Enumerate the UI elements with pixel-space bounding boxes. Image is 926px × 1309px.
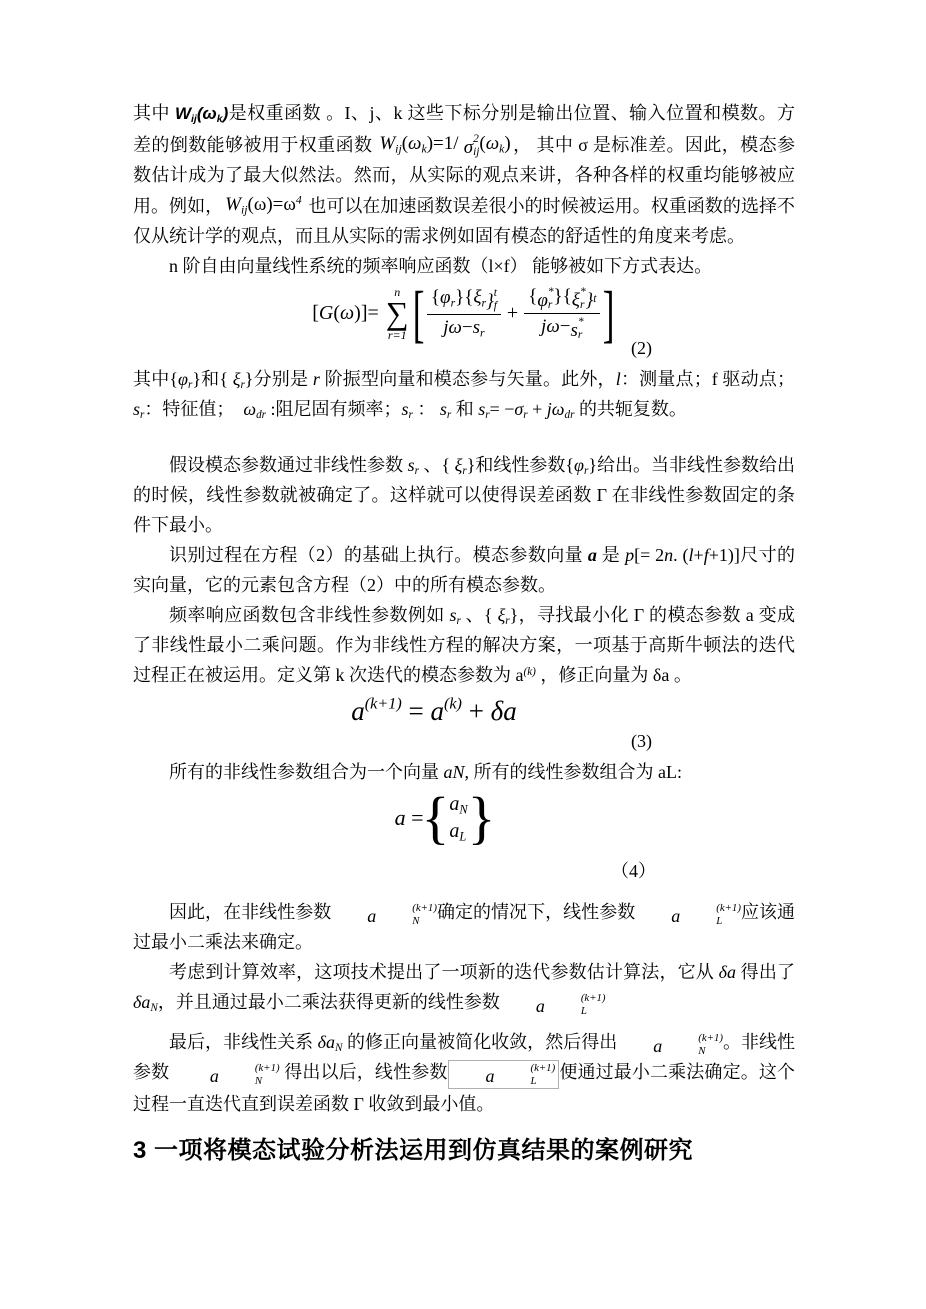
equation-2-lhs: [G(ω)]= [312,302,379,325]
formula-run: φ*r [537,286,553,312]
text-run: 因此，在非线性参数 [169,902,331,922]
text-run: }和线性参数{ [467,455,574,475]
vector-top-entry: aN [449,791,467,818]
formula-superscript: (k+1) [545,992,606,1004]
formula-run: (k) [524,666,536,678]
text-run: ，并且通过最小二乘法获得更新的线性参数 [158,992,500,1012]
formula-subscript: N [662,1045,723,1057]
formula-base: a [331,907,376,925]
formula-run: s*r [570,316,583,342]
text-run: − [462,317,473,338]
equation-2-body: [G(ω)]= n ∑ r=1 [ {φr}{ξr}tf jω−sr + {φ*… [133,285,795,342]
formula-run: jω [547,399,565,419]
text-run: ，修正向量为 δa 。 [536,665,692,685]
text-run: 最后，非线性关系 [169,1032,318,1052]
text-run: }和{ [192,369,232,389]
formula-run: φ [574,455,584,475]
formula-run: s [408,455,415,475]
formula-run: a [395,805,406,830]
text-run: }分别是 [245,369,313,389]
formula-run: s [473,317,480,338]
fraction-2-numerator: {φ*r}{ξ*r}t [524,285,600,314]
equation-4-lhs: a = [395,805,424,831]
formula-scripts: (k+1)L [545,992,606,1017]
formula-run: }tf [486,287,497,313]
text-run: 、{ [461,605,498,625]
text-run: 其中{ [133,369,178,389]
paragraph-convergence: 最后，非线性关系 δaN 的修正向量被简化收敛，然后得出a(k+1)N。非线性参… [133,1027,795,1119]
paragraph-efficiency: 考虑到计算效率，这项技术提出了一项新的迭代参数估计算法，它从 δa 得出了 δa… [133,957,795,1017]
formula-run: σ [514,399,523,419]
formula-run: 4 [296,194,302,207]
formula-subscript: r [578,329,584,342]
fraction-1-denominator: jω−sr [443,315,484,341]
formula-run: Wij(ω)=ω4 [223,194,304,215]
text-run: 阶振型向量和模态参与矢量。此外， [320,369,616,389]
section-heading: 3 一项将模态试验分析法运用到仿真结果的案例研究 [133,1135,795,1167]
paragraph-identification: 识别过程在方程（2）的基础上执行。模态参数向量 a 是 p[= 2n. (l+f… [133,540,795,600]
text-run: 假设模态参数通过非线性参数 [169,455,408,475]
formula-run: a(k+1)N [617,1032,723,1057]
text-run: 是 [597,545,625,565]
formula-superscript: (k+1) [495,1062,556,1074]
formula-base: s [570,321,577,340]
formula-run: N [459,803,467,817]
text-run: 得出了 [736,962,795,982]
text-run: 识别过程在方程（2）的基础上执行。模态参数向量 [169,545,588,565]
fraction-1: {φr}{ξr}tf jω−sr [427,286,501,341]
formula-superscript: t [593,293,596,306]
formula-base: a [500,997,545,1015]
text-run: 的修正向量被简化收敛，然后得出 [342,1032,617,1052]
text-run: . ( [673,545,688,565]
summation-symbol: n ∑ r=1 [386,286,409,340]
text-run: [= 2 [634,545,664,565]
text-run: n 阶自由向量线性系统的频率响应函数（l×f） 能够被如下方式表达。 [169,256,712,276]
formula-superscript: (k+1) [662,1032,723,1044]
text-run: + [462,696,491,726]
formula-subscript: L [545,1005,606,1017]
text-run: ) [504,133,510,154]
paragraph-weight-function: 其中 Wij(ωk)是权重函数 。I、j、k 这些下标分别是输出位置、输入位置和… [133,98,795,251]
sigma-icon: ∑ [386,298,409,328]
fraction-2: {φ*r}{ξ*r}t jω−s*r [524,285,600,342]
formula-base: } [486,292,494,311]
formula-base: a [174,1067,219,1085]
text-run: 考虑到计算效率，这项技术提出了一项新的迭代参数估计算法，它从 [169,962,719,982]
paragraph-least-squares: 因此，在非线性参数a(k+1)N确定的情况下，线性参数a(k+1)L应该通过最小… [133,897,795,957]
text-run: ) [354,302,361,324]
formula-run: }t [586,293,597,312]
text-run: { [431,287,440,308]
formula-run: W [225,194,241,215]
formula-scripts: tf [494,287,497,313]
formula-run: r [480,326,485,339]
document-page: 其中 Wij(ωk)是权重函数 。I、j、k 这些下标分别是输出位置、输入位置和… [0,0,926,1309]
formula-run: φ [178,369,188,389]
formula-run: r [313,369,320,389]
formula-run: W [175,104,191,123]
text-run: 所有的非线性参数组合为一个向量 [169,762,444,782]
formula-run: δa [318,1032,335,1052]
vector-bottom-entry: aL [449,818,466,845]
formula-run: s [402,399,409,419]
formula-run: (k+1) [365,695,402,713]
small-gap [133,1017,795,1027]
formula-run: ω [340,302,354,324]
text-run: ] [361,302,368,324]
formula-subscript: L [680,915,741,927]
formula-run: φ [440,287,451,308]
formula-run: ω [243,399,256,419]
equation-2-label: (2) [631,336,795,360]
formula-scripts: (k+1)L [495,1062,556,1087]
formula-run: aN [444,762,465,782]
text-run: 得出以后，线性参数 [280,1062,448,1082]
formula-scripts: (k+1)N [376,902,437,927]
formula-run: a(k+1)L [500,992,606,1017]
blank-line [133,424,795,450]
equation-4-vector: aN aL [447,791,469,845]
formula-run: a [449,820,459,842]
formula-run: a(k+1)L [635,902,741,927]
equation-2: [G(ω)]= n ∑ r=1 [ {φr}{ξr}tf jω−sr + {φ*… [133,285,795,360]
text-run: , 所有的线性参数组合为 aL: [465,762,682,782]
formula-base: φ [537,291,548,310]
formula-run: W [379,133,395,154]
formula-base: σ [464,138,473,157]
text-run: [ [312,302,319,324]
formula-subscript: N [219,1075,280,1087]
equation-3: a(k+1) = a(k) + δa (3) [133,694,795,753]
formula-scripts: t [593,293,596,306]
formula-run: Wij(ωk) [175,104,228,123]
formula-run: ω [408,133,421,154]
formula-subscript: f [494,300,497,313]
text-run: ： [413,399,440,419]
formula-superscript: (k+1) [376,902,437,914]
formula-run: n [664,545,673,565]
formula-run: Wij(ωk)=1/ σ2ij(ωk) [377,133,512,154]
text-run: = − [490,399,515,419]
equation-3-label: (3) [631,729,795,753]
formula-superscript: (k+1) [219,1062,280,1074]
paragraph-symbol-definitions: 其中{φr}和{ ξr}分别是 r 阶振型向量和模态参与矢量。此外，l：测量点；… [133,364,795,424]
formula-run: jω [541,316,560,337]
formula-scripts: *r [578,316,584,342]
formula-subscript: L [495,1075,556,1087]
formula-run: p [625,545,634,565]
formula-run: s [133,399,140,419]
text-run: 其中 [133,103,175,123]
formula-run: ξ [473,287,481,308]
formula-run: (k) [444,695,462,713]
formula-base: a [617,1037,662,1055]
formula-base: } [586,291,594,310]
formula-base: a [450,1067,495,1085]
formula-run: a [449,793,459,815]
formula-run: δa [719,962,736,982]
fraction-2-denominator: jω−s*r [541,314,584,342]
formula-run: a(k+1)N [331,902,437,927]
formula-run: a(k+1)L [448,1060,560,1089]
formula-run: dr [565,409,575,421]
equation-4: a = { aN aL } （4） [133,791,795,883]
formula-scripts: (k+1)L [680,902,741,927]
formula-base: ξ [572,291,580,310]
formula-run: ω [486,133,499,154]
text-run: = [402,696,431,726]
paragraph-vector-grouping: 所有的非线性参数组合为一个向量 aN, 所有的线性参数组合为 aL: [133,757,795,787]
formula-run: ω [203,104,217,123]
formula-run: ξ*r [572,286,586,312]
fraction-1-numerator: {φr}{ξr}tf [427,286,501,315]
plus-sign: + [507,302,518,325]
formula-superscript: * [578,316,584,329]
text-run: (ω)=ω [248,194,296,215]
text-run: + [528,399,547,419]
formula-run: N [150,1002,157,1014]
formula-run: a [351,696,365,726]
text-run: − [560,316,571,337]
text-run: 、{ [419,455,455,475]
text-run: 和 [451,399,478,419]
text-run: = [368,302,379,324]
text-run: )=1/ [427,133,464,154]
formula-run: a(k+1)N [174,1062,280,1087]
formula-run: δa [133,992,150,1012]
formula-scripts: (k+1)N [662,1032,723,1057]
text-run: }{ [554,286,572,307]
document-content: 其中 Wij(ωk)是权重函数 。I、j、k 这些下标分别是输出位置、输入位置和… [0,0,926,1167]
formula-run: δa [491,696,517,726]
text-run: ：测量点；f 驱动点； [621,369,795,389]
formula-run: G [319,302,333,324]
formula-run: a [588,545,597,565]
text-run: 确定的情况下，线性参数 [437,902,635,922]
text-run: ：特征值； [144,399,243,419]
formula-run: dr [256,409,266,421]
paragraph-gauss-newton: 频率响应函数包含非线性参数例如 sr 、{ ξr}，寻找最小化 Γ 的模态参数 … [133,600,795,690]
paragraph-assumption: 假设模态参数通过非线性参数 sr 、{ ξr}和线性参数{φr}给出。当非线性参… [133,450,795,540]
equation-4-label: （4） [611,859,795,883]
small-gap [133,887,795,897]
summation-lower-limit: r=1 [388,329,407,341]
text-run: + [694,545,704,565]
text-run: 频率响应函数包含非线性参数例如 [169,605,449,625]
formula-scripts: (k+1)N [219,1062,280,1087]
formula-run: σ2ij [464,133,480,159]
text-run: { [528,286,537,307]
paragraph-frf-intro: n 阶自由向量线性系统的频率响应函数（l×f） 能够被如下方式表达。 [133,251,795,281]
text-run: :阻尼固有频率； [266,399,402,419]
formula-subscript: N [376,915,437,927]
formula-base: a [635,907,680,925]
formula-run: L [459,830,466,844]
formula-superscript: (k+1) [680,902,741,914]
equation-4-body: a = { aN aL } [133,791,795,845]
text-run: }{ [455,287,473,308]
equation-3-body: a(k+1) = a(k) + δa [133,694,795,729]
text-run: 的共轭复数。 [574,399,687,419]
formula-run: a [430,696,444,726]
formula-run: jω [443,317,462,338]
formula-run: s [440,399,447,419]
formula-superscript: t [494,287,497,300]
